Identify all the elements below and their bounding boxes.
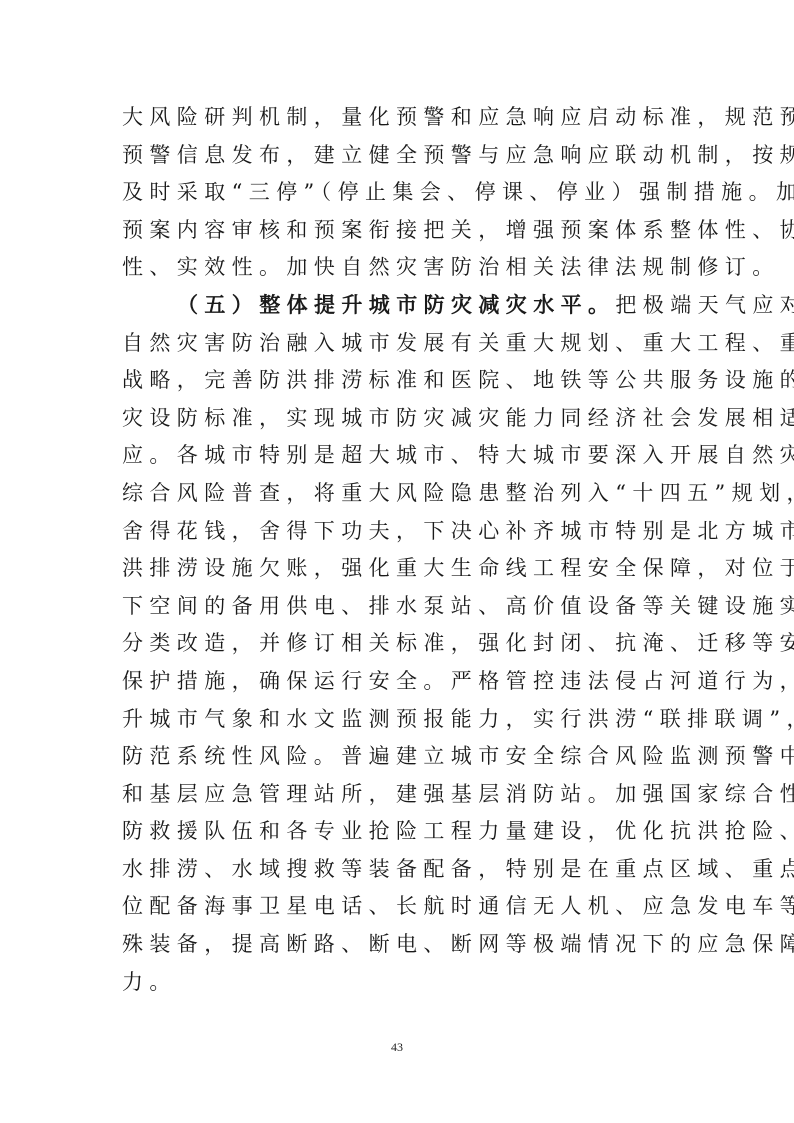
document-body: 大风险研判机制，量化预警和应急响应启动标准，规范预报 预警信息发布，建立健全预警… bbox=[122, 99, 674, 1001]
text-line: 位配备海事卫星电话、长航时通信无人机、应急发电车等特 bbox=[122, 888, 674, 926]
text-line: 舍得花钱，舍得下功夫，下决心补齐城市特别是北方城市防 bbox=[122, 513, 674, 551]
text-line: 综合风险普查，将重大风险隐患整治列入“十四五”规划， bbox=[122, 475, 674, 513]
text-line: 战略，完善防洪排涝标准和医院、地铁等公共服务设施的抗 bbox=[122, 362, 674, 400]
text-line: 防范系统性风险。普遍建立城市安全综合风险监测预警中心 bbox=[122, 738, 674, 776]
text-line: 洪排涝设施欠账，强化重大生命线工程安全保障，对位于地 bbox=[122, 550, 674, 588]
text-line: 大风险研判机制，量化预警和应急响应启动标准，规范预报 bbox=[122, 99, 674, 137]
text-line: 性、实效性。加快自然灾害防治相关法律法规制修订。 bbox=[122, 249, 674, 287]
section-heading: （五）整体提升城市防灾减灾水平。 bbox=[177, 293, 615, 317]
text-line: 保护措施，确保运行安全。严格管控违法侵占河道行为，提 bbox=[122, 663, 674, 701]
text-line: 预警信息发布，建立健全预警与应急响应联动机制，按规定 bbox=[122, 137, 674, 175]
text-line: 力。 bbox=[122, 964, 674, 1002]
page-number: 43 bbox=[0, 1040, 794, 1055]
text-line: 自然灾害防治融入城市发展有关重大规划、重大工程、重大 bbox=[122, 325, 674, 363]
text-line: 水排涝、水域搜救等装备配备，特别是在重点区域、重点部 bbox=[122, 851, 674, 889]
text-line: 下空间的备用供电、排水泵站、高价值设备等关键设施实施 bbox=[122, 588, 674, 626]
text-line: 预案内容审核和预案衔接把关，增强预案体系整体性、协调 bbox=[122, 212, 674, 250]
text-line: 殊装备，提高断路、断电、断网等极端情况下的应急保障能 bbox=[122, 926, 674, 964]
text-line: 及时采取“三停”（停止集会、停课、停业）强制措施。加强 bbox=[122, 174, 674, 212]
text-line: 升城市气象和水文监测预报能力，实行洪涝“联排联调”， bbox=[122, 701, 674, 739]
section-first-line-text: 把极端天气应对、 bbox=[615, 293, 794, 317]
section-first-line: （五）整体提升城市防灾减灾水平。把极端天气应对、 bbox=[122, 287, 674, 325]
text-line: 分类改造，并修订相关标准，强化封闭、抗淹、迁移等安全 bbox=[122, 625, 674, 663]
text-line: 应。各城市特别是超大城市、特大城市要深入开展自然灾害 bbox=[122, 437, 674, 475]
text-line: 灾设防标准，实现城市防灾减灾能力同经济社会发展相适 bbox=[122, 400, 674, 438]
text-line: 和基层应急管理站所，建强基层消防站。加强国家综合性消 bbox=[122, 776, 674, 814]
text-line: 防救援队伍和各专业抢险工程力量建设，优化抗洪抢险、排 bbox=[122, 813, 674, 851]
